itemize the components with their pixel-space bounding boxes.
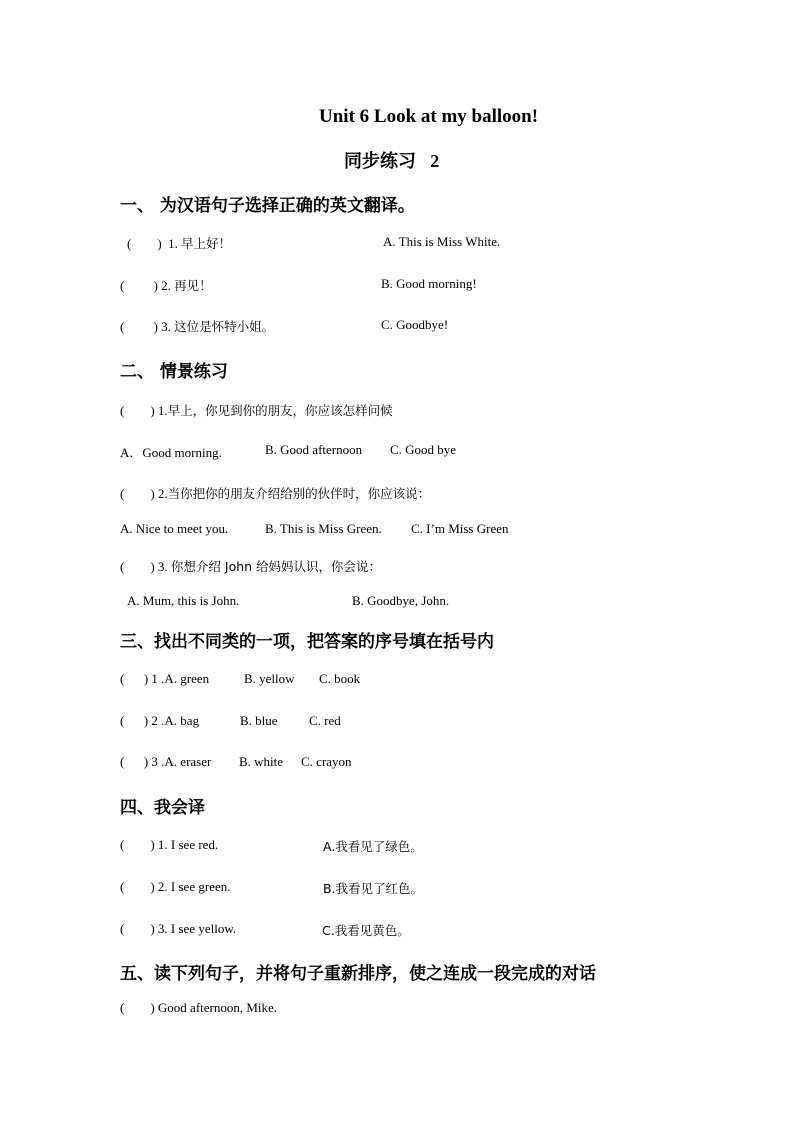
section-3-item-2-option-b: B. blue: [240, 713, 278, 729]
answer-blank[interactable]: ( ) 1.: [120, 403, 168, 418]
question-text: 再见！: [174, 278, 212, 293]
section-2-q2-option-a: A. Nice to meet you.: [120, 521, 228, 537]
section-3-item-1-option-b: B. yellow: [244, 671, 295, 687]
section-4-item-2: ( ) 2. I see green.: [120, 879, 230, 895]
option-text: C.我看见黄色。: [322, 923, 410, 938]
section-5-item-1: ( ) Good afternoon, Mike.: [120, 1000, 277, 1016]
sentence: I see red.: [171, 837, 218, 852]
section-2-question-1: ( ) 1.早上，你见到你的朋友，你应该怎样问候: [120, 401, 393, 419]
option-text: A.我看见了绿色。: [323, 839, 423, 854]
sentence: I see yellow.: [171, 921, 236, 936]
section-1-heading: 一、 为汉语句子选择正确的英文翻译。: [120, 191, 415, 216]
subtitle-number: 2: [430, 151, 439, 171]
answer-blank[interactable]: ( ) 3.: [120, 559, 168, 574]
answer-blank[interactable]: ( ) 3.: [120, 921, 168, 936]
answer-blank[interactable]: ( ) 2.: [120, 879, 168, 894]
section-2-q3-option-a: A. Mum, this is John.: [127, 593, 239, 609]
document-title: Unit 6 Look at my balloon!: [319, 106, 538, 128]
sentence: Good afternoon, Mike.: [158, 1000, 277, 1015]
section-3-item-2-option-c: C. red: [309, 713, 341, 729]
question-text: 这位是怀特小姐。: [174, 319, 274, 334]
section-1-item-3: ( ) 3. 这位是怀特小姐。: [120, 317, 274, 335]
section-4-item-1: ( ) 1. I see red.: [120, 837, 218, 853]
sentence: I see green.: [171, 879, 231, 894]
section-5-heading: 五、读下列句子，并将句子重新排序，使之连成一段完成的对话: [120, 959, 596, 984]
answer-blank[interactable]: ( ): [120, 1000, 155, 1015]
section-2-q2-option-c: C. I’m Miss Green: [411, 521, 509, 537]
answer-blank[interactable]: ( ) 2.: [120, 486, 168, 501]
document-subtitle: 同步练习 2: [344, 147, 439, 173]
section-1-option-a: A. This is Miss White.: [383, 234, 500, 250]
section-2-heading: 二、 情景练习: [120, 357, 228, 382]
option-text: B.我看见了红色。: [323, 881, 423, 896]
section-2-q2-option-b: B. This is Miss Green.: [265, 521, 382, 537]
section-2-q1-option-b: B. Good afternoon: [265, 442, 362, 458]
answer-blank[interactable]: ( ) 3.: [120, 319, 171, 334]
option-a: A. bag: [164, 713, 199, 728]
answer-blank[interactable]: ( ) 1 .: [120, 671, 164, 686]
section-4-option-c: C.我看见黄色。: [322, 921, 410, 939]
section-1-option-b: B. Good morning!: [381, 276, 477, 292]
section-1-item-1: ( ) 1. 早上好！: [127, 234, 231, 252]
answer-blank[interactable]: ( ) 1.: [127, 236, 178, 251]
question-text: 早上好！: [181, 236, 231, 251]
option-a: A. eraser: [164, 754, 211, 769]
section-3-item-1: ( ) 1 .A. green: [120, 671, 209, 687]
section-2-q1-option-c: C. Good bye: [390, 442, 456, 458]
section-2-question-2: ( ) 2.当你把你的朋友介绍给别的伙伴时，你应该说：: [120, 484, 430, 502]
section-2-question-3: ( ) 3. 你想介绍 John 给妈妈认识，你会说：: [120, 557, 381, 575]
answer-blank[interactable]: ( ) 2 .: [120, 713, 164, 728]
section-3-item-3: ( ) 3 .A. eraser: [120, 754, 211, 770]
answer-blank[interactable]: ( ) 1.: [120, 837, 168, 852]
section-2-q3-option-b: B. Goodbye, John.: [352, 593, 449, 609]
section-2-q1-option-a: A．Good morning.: [120, 442, 222, 461]
section-1-item-2: ( ) 2. 再见！: [120, 276, 212, 294]
option-a: A. green: [164, 671, 209, 686]
section-3-heading: 三、找出不同类的一项，把答案的序号填在括号内: [120, 627, 494, 652]
section-3-item-3-option-b: B. white: [239, 754, 283, 770]
section-4-option-b: B.我看见了红色。: [323, 879, 423, 897]
question-text: 你想介绍 John 给妈妈认识，你会说：: [171, 559, 381, 574]
section-3-item-1-option-c: C. book: [319, 671, 360, 687]
answer-blank[interactable]: ( ) 2.: [120, 278, 171, 293]
section-4-item-3: ( ) 3. I see yellow.: [120, 921, 236, 937]
section-1-option-c: C. Goodbye!: [381, 317, 448, 333]
section-4-heading: 四、我会译: [120, 793, 205, 818]
section-4-option-a: A.我看见了绿色。: [323, 837, 423, 855]
section-3-item-2: ( ) 2 .A. bag: [120, 713, 199, 729]
section-3-item-3-option-c: C. crayon: [301, 754, 352, 770]
subtitle-text: 同步练习: [344, 151, 416, 172]
answer-blank[interactable]: ( ) 3 .: [120, 754, 164, 769]
question-text: 早上，你见到你的朋友，你应该怎样问候: [168, 403, 393, 418]
question-text: 当你把你的朋友介绍给别的伙伴时，你应该说：: [168, 486, 431, 501]
